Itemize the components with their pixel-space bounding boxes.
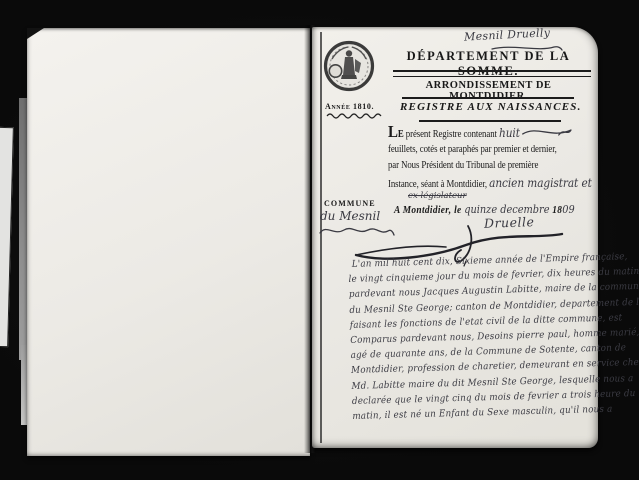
- folded-corner: [27, 28, 44, 39]
- arrondissement-title: ARRONDISSEMENT DE MONTDIDIER.: [386, 80, 591, 102]
- declaration-line-4: Instance, séant à Montdidier, ancien mag…: [388, 176, 592, 190]
- inserted-word-count: huit: [499, 126, 520, 140]
- spine-label-text: DOUBLE: [0, 128, 11, 346]
- inserted-phrase: ancien magistrat et: [489, 176, 592, 190]
- handwritten-annotation: Mesnil Druelly: [464, 23, 604, 43]
- declaration-line-2: feuillets, cotés et paraphés par premier…: [388, 144, 557, 155]
- handwritten-year: 09: [562, 202, 574, 216]
- single-rule: [402, 97, 574, 99]
- register-page: Mesnil Druelly DÉPARTEMENT DE LA SOMME. …: [312, 27, 598, 448]
- handwritten-date: quinze decembre: [464, 202, 549, 216]
- wavy-underline: [326, 112, 382, 119]
- word-flourish: [522, 126, 573, 138]
- revenue-stamp-seal-icon: [322, 39, 376, 93]
- declaration-line-3: par Nous Président du Tribunal de premiè…: [388, 160, 538, 171]
- spine-label: DOUBLE: [0, 127, 14, 347]
- commune-label: COMMUNE: [324, 199, 376, 208]
- drop-cap: L: [388, 122, 398, 141]
- handwritten-act: L'an mil huit cent dix, Sixieme année de…: [348, 252, 605, 426]
- year-margin-note: Année 1810.: [325, 102, 374, 111]
- declaration-line-1: LE présent Registre contenant huit: [388, 122, 573, 142]
- left-page-blank: [27, 28, 310, 456]
- register-title: REGISTRE AUX NAISSANCES.: [400, 101, 582, 113]
- double-rule: [393, 70, 591, 77]
- commune-squiggle: [318, 225, 396, 238]
- scanned-register-photo: DOUBLE Mesnil Druelly DÉPARTEMENT DE: [0, 0, 639, 480]
- commune-name-handwritten: du Mesnil: [320, 209, 380, 223]
